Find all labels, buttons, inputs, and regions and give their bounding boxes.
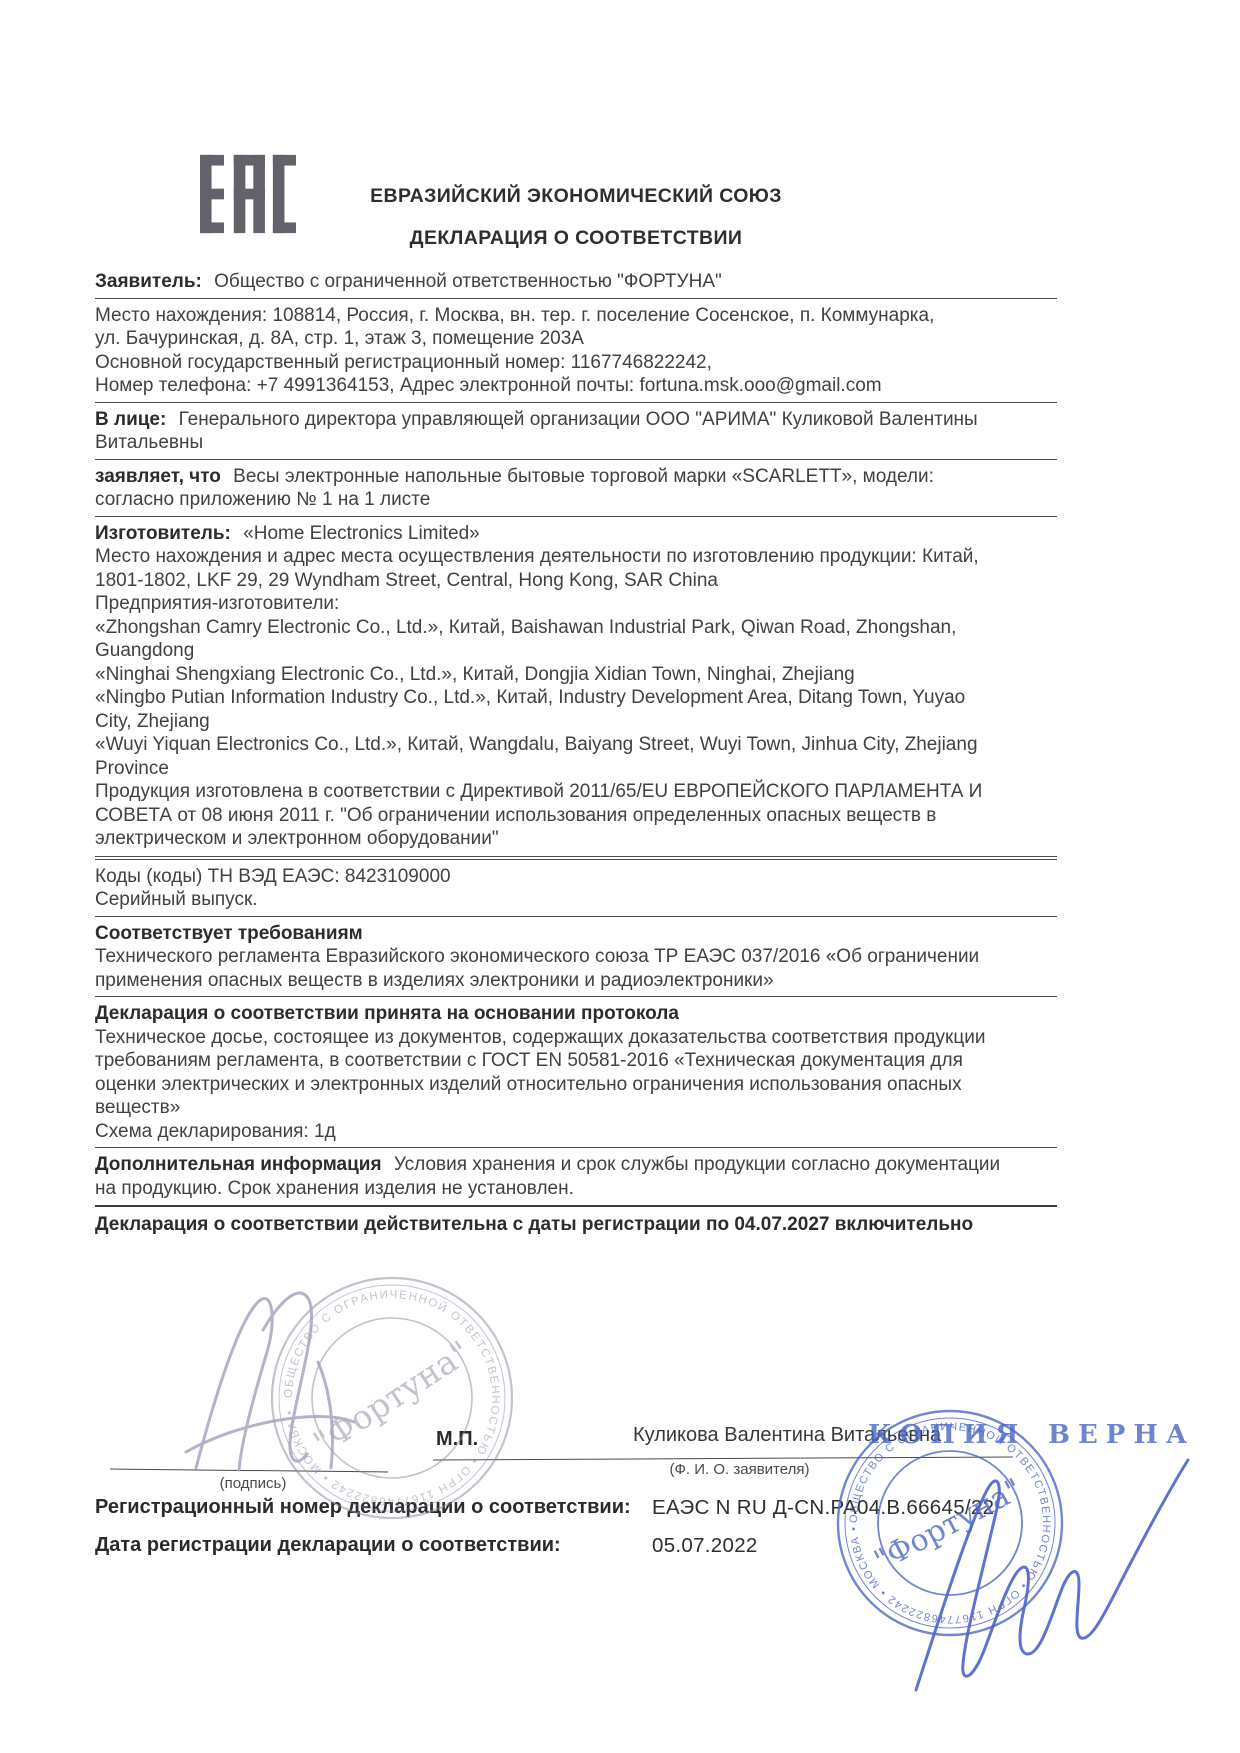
manufacturer-row: Изготовитель: «Home Electronics Limited» <box>95 522 1057 546</box>
document-body: Заявитель: Общество с ограниченной ответ… <box>95 270 1057 1237</box>
applicant-value: Общество с ограниченной ответственностью… <box>214 271 722 292</box>
declares-text: Весы электронные напольные бытовые торго… <box>233 466 934 487</box>
declaration-scheme-line: Схема декларирования: 1д <box>95 1120 1057 1144</box>
validity-line: Декларация о соответствии действительна … <box>95 1213 1057 1237</box>
in-person-label: В лице: <box>95 409 166 430</box>
applicant-label: Заявитель: <box>95 271 202 292</box>
declares-text: согласно приложению № 1 на 1 листе <box>95 488 1057 512</box>
section-divider <box>95 402 1057 403</box>
applicant-row: Заявитель: Общество с ограниченной ответ… <box>95 270 1057 294</box>
additional-info-label: Дополнительная информация <box>95 1154 382 1175</box>
name-line <box>433 1456 1013 1460</box>
manufacturer-line: Место нахождения и адрес места осуществл… <box>95 545 1057 569</box>
union-title: ЕВРАЗИЙСКИЙ ЭКОНОМИЧЕСКИЙ СОЮЗ <box>95 185 1057 208</box>
basis-label: Декларация о соответствии принята на осн… <box>95 1002 1057 1026</box>
basis-line: оценки электрических и электронных издел… <box>95 1073 1057 1097</box>
applicant-address-line: ул. Бачуринская, д. 8А, стр. 1, этаж 3, … <box>95 327 1057 351</box>
manufacturer-line: «Ninghai Shengxiang Electronic Co., Ltd.… <box>95 663 1057 687</box>
manufacturer-line: «Ningbo Putian Information Industry Co.,… <box>95 686 1057 710</box>
manufacturer-label: Изготовитель: <box>95 523 231 544</box>
section-divider <box>95 298 1057 299</box>
blue-signature <box>916 1460 1188 1690</box>
complies-line: применения опасных веществ в изделиях эл… <box>95 969 1057 993</box>
declaration-document: ЕВРАЗИЙСКИЙ ЭКОНОМИЧЕСКИЙ СОЮЗ ДЕКЛАРАЦИ… <box>0 0 1240 1753</box>
applicant-address-line: Место нахождения: 108814, Россия, г. Мос… <box>95 304 1057 328</box>
manufacturer-line: Guangdong <box>95 639 1057 663</box>
manufacturer-line: «Zhongshan Camry Electronic Co., Ltd.», … <box>95 616 1057 640</box>
complies-line: Технического регламента Евразийского эко… <box>95 945 1057 969</box>
basis-line: требованиям регламента, в соответствии с… <box>95 1049 1057 1073</box>
document-title: ДЕКЛАРАЦИЯ О СООТВЕТСТВИИ <box>95 227 1057 250</box>
in-person-text: Витальевны <box>95 431 1057 455</box>
in-person-row: В лице: Генерального директора управляющ… <box>95 408 1057 432</box>
section-divider <box>95 1147 1057 1148</box>
signature-caption: (подпись) <box>168 1475 338 1492</box>
registration-date-label: Дата регистрации декларации о соответств… <box>95 1534 561 1557</box>
signature-line <box>110 1469 388 1473</box>
document-header: ЕВРАЗИЙСКИЙ ЭКОНОМИЧЕСКИЙ СОЮЗ ДЕКЛАРАЦИ… <box>95 185 1057 250</box>
tnved-codes-line: Коды (коды) ТН ВЭД ЕАЭС: 8423109000 <box>95 865 1057 889</box>
declares-label: заявляет, что <box>95 466 221 487</box>
serial-issue-line: Серийный выпуск. <box>95 888 1057 912</box>
manufacturer-line: Province <box>95 757 1057 781</box>
section-divider <box>95 459 1057 460</box>
registration-number-label: Регистрационный номер декларации о соотв… <box>95 1496 631 1519</box>
copy-true-stamp-word: КОПИЯ <box>868 1420 1026 1450</box>
manufacturer-line: Предприятия-изготовители: <box>95 592 1057 616</box>
registration-date-value: 05.07.2022 <box>652 1534 758 1558</box>
manufacturer-line: 1801-1802, LKF 29, 29 Wyndham Street, Ce… <box>95 569 1057 593</box>
in-person-text: Генерального директора управляющей орган… <box>179 409 978 430</box>
section-divider <box>95 516 1057 517</box>
declares-row: заявляет, что Весы электронные напольные… <box>95 465 1057 489</box>
additional-info-row: Дополнительная информация Условия хранен… <box>95 1153 1057 1177</box>
blue-stamp-center-text: "Фортуна" <box>869 1472 1028 1579</box>
applicant-contacts-line: Номер телефона: +7 4991364153, Адрес эле… <box>95 374 1057 398</box>
blue-stamp-ring-text: ОБЩЕСТВО С ОГРАНИЧЕННОЙ ОТВЕТСТВЕННОСТЬЮ… <box>848 1421 1052 1625</box>
copy-true-stamp-word: ВЕРНА <box>1048 1420 1195 1450</box>
directive-line: СОВЕТА от 08 июня 2011 г. "Об ограничени… <box>95 804 1057 828</box>
registration-number-value: ЕАЭС N RU Д-CN.РА04.В.66645/22 <box>652 1496 994 1520</box>
gray-signature <box>186 1293 354 1470</box>
section-divider <box>95 856 1057 860</box>
manufacturer-line: City, Zhejiang <box>95 710 1057 734</box>
applicant-ogrn-line: Основной государственный регистрационный… <box>95 351 1057 375</box>
manufacturer-line: «Wuyi Yiquan Electronics Co., Ltd.», Кит… <box>95 733 1057 757</box>
stamp-place-label: М.П. <box>436 1428 478 1451</box>
basis-line: Техническое досье, состоящее из документ… <box>95 1026 1057 1050</box>
additional-info-text: на продукцию. Срок хранения изделия не у… <box>95 1177 1057 1201</box>
name-caption: (Ф. И. О. заявителя) <box>612 1461 867 1478</box>
section-divider <box>95 1205 1057 1207</box>
manufacturer-name: «Home Electronics Limited» <box>243 523 480 544</box>
basis-line: веществ» <box>95 1096 1057 1120</box>
complies-label: Соответствует требованиям <box>95 922 1057 946</box>
additional-info-text: Условия хранения и срок службы продукции… <box>394 1154 1000 1175</box>
section-divider <box>95 916 1057 917</box>
directive-line: электрическом и электронном оборудовании… <box>95 827 1057 851</box>
svg-text:ОБЩЕСТВО С ОГРАНИЧЕННОЙ ОТВЕТС: ОБЩЕСТВО С ОГРАНИЧЕННОЙ ОТВЕТСТВЕННОСТЬЮ… <box>848 1421 1052 1625</box>
section-divider <box>95 996 1057 997</box>
directive-line: Продукция изготовлена в соответствии с Д… <box>95 780 1057 804</box>
